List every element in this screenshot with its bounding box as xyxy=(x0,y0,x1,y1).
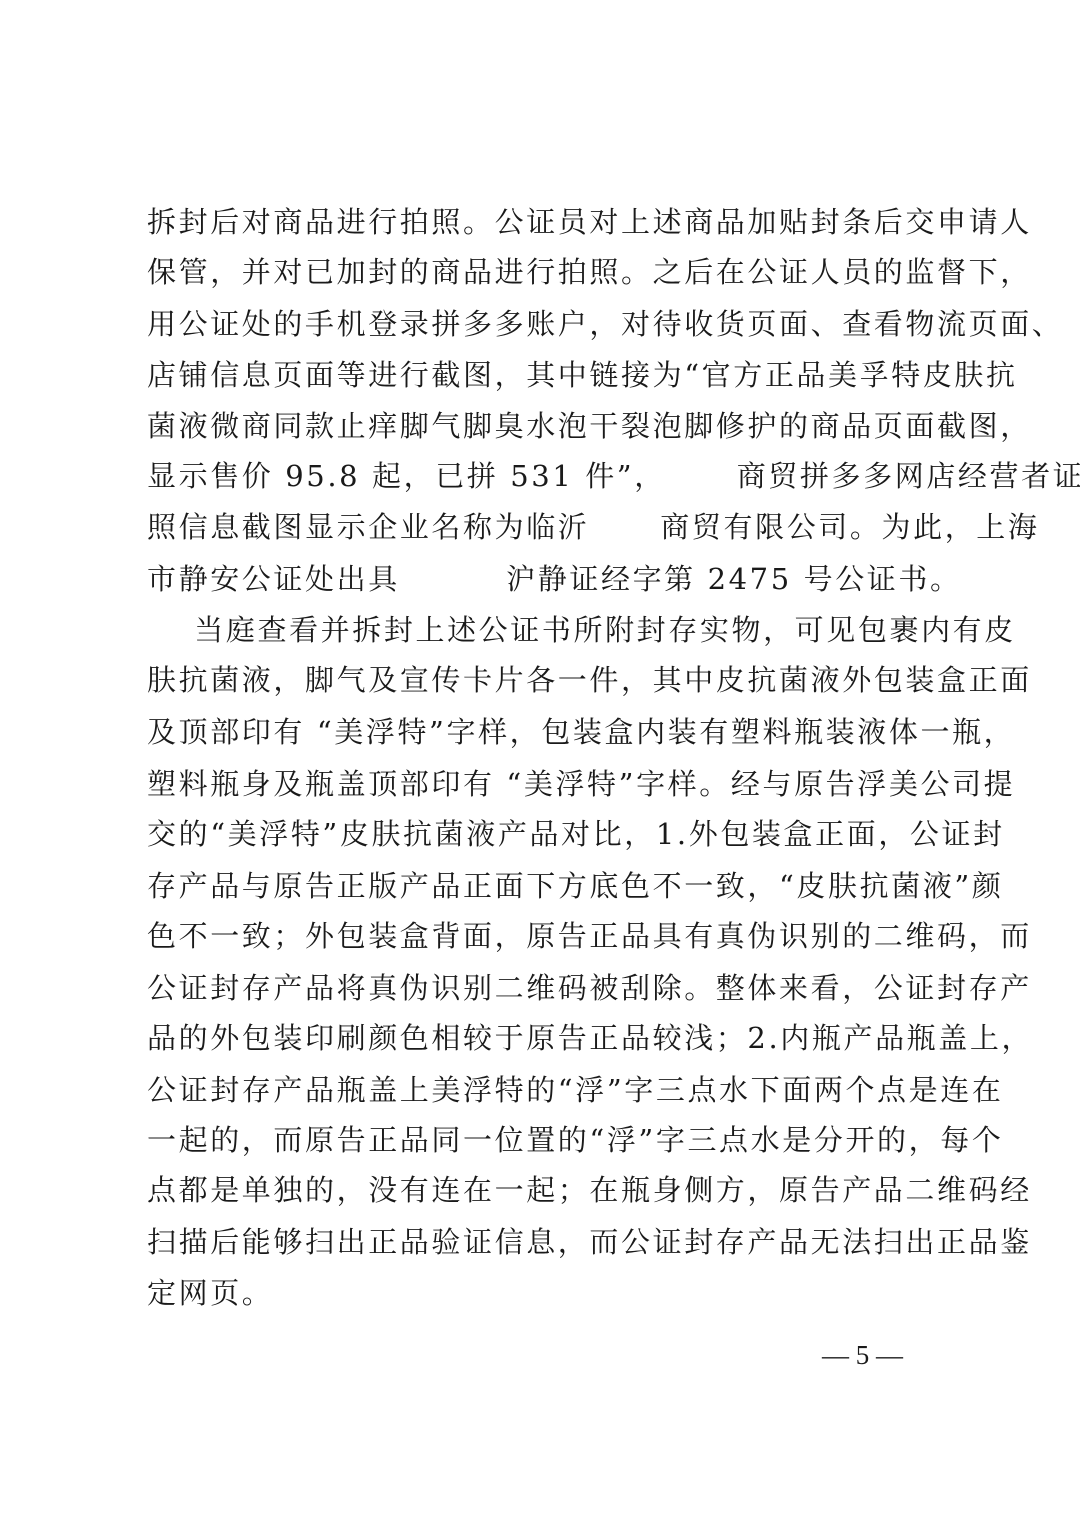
text-line: 一起的，而原告正品同一位置的“浮”字三点水是分开的，每个 xyxy=(147,1120,947,1160)
text-line: 公证封存产品瓶盖上美浮特的“浮”字三点水下面两个点是连在 xyxy=(147,1070,947,1110)
text-line: 色不一致；外包装盒背面，原告正品具有真伪识别的二维码，而 xyxy=(147,916,947,956)
text-line: 品的外包装印刷颜色相较于原告正品较浅；2.内瓶产品瓶盖上， xyxy=(147,1018,947,1058)
page-number: — 5 — xyxy=(822,1337,903,1373)
text-line: 点都是单独的，没有连在一起；在瓶身侧方，原告产品二维码经 xyxy=(147,1170,947,1210)
document-page: 拆封后对商品进行拍照。公证员对上述商品加贴封条后交申请人 保管，并对已加封的商品… xyxy=(0,0,1080,1527)
text-line: 交的“美浮特”皮肤抗菌液产品对比，1.外包装盒正面，公证封 xyxy=(147,814,947,854)
text-line: 用公证处的手机登录拼多多账户，对待收货页面、查看物流页面、 xyxy=(147,304,947,344)
text-line: 保管，并对已加封的商品进行拍照。之后在公证人员的监督下， xyxy=(147,252,947,292)
text-line: 定网页。 xyxy=(147,1273,947,1313)
text-line: 存产品与原告正版产品正面下方底色不一致，“皮肤抗菌液”颜 xyxy=(147,866,947,906)
text-line: 市静安公证处出具 沪静证经字第 2475 号公证书。 xyxy=(147,559,947,599)
text-line: 肤抗菌液，脚气及宣传卡片各一件，其中皮抗菌液外包装盒正面 xyxy=(147,660,947,700)
text-line: 及顶部印有 “美浮特”字样，包装盒内装有塑料瓶装液体一瓶， xyxy=(147,712,947,752)
text-line: 菌液微商同款止痒脚气脚臭水泡干裂泡脚修护的商品页面截图， xyxy=(147,406,947,446)
text-line: 拆封后对商品进行拍照。公证员对上述商品加贴封条后交申请人 xyxy=(147,202,947,242)
text-line: 显示售价 95.8 起，已拼 531 件”， 商贸拼多多网店经营者证 xyxy=(147,456,947,496)
text-line: 照信息截图显示企业名称为临沂 商贸有限公司。为此，上海 xyxy=(147,507,947,547)
paragraph-start-line: 当庭查看并拆封上述公证书所附封存实物，可见包裹内有皮 xyxy=(147,610,947,650)
text-line: 公证封存产品将真伪识别二维码被刮除。整体来看，公证封存产 xyxy=(147,968,947,1008)
text-line: 塑料瓶身及瓶盖顶部印有 “美浮特”字样。经与原告浮美公司提 xyxy=(147,764,947,804)
text-line: 扫描后能够扫出正品验证信息，而公证封存产品无法扫出正品鉴 xyxy=(147,1222,947,1262)
text-line: 店铺信息页面等进行截图，其中链接为“官方正品美孚特皮肤抗 xyxy=(147,355,947,395)
